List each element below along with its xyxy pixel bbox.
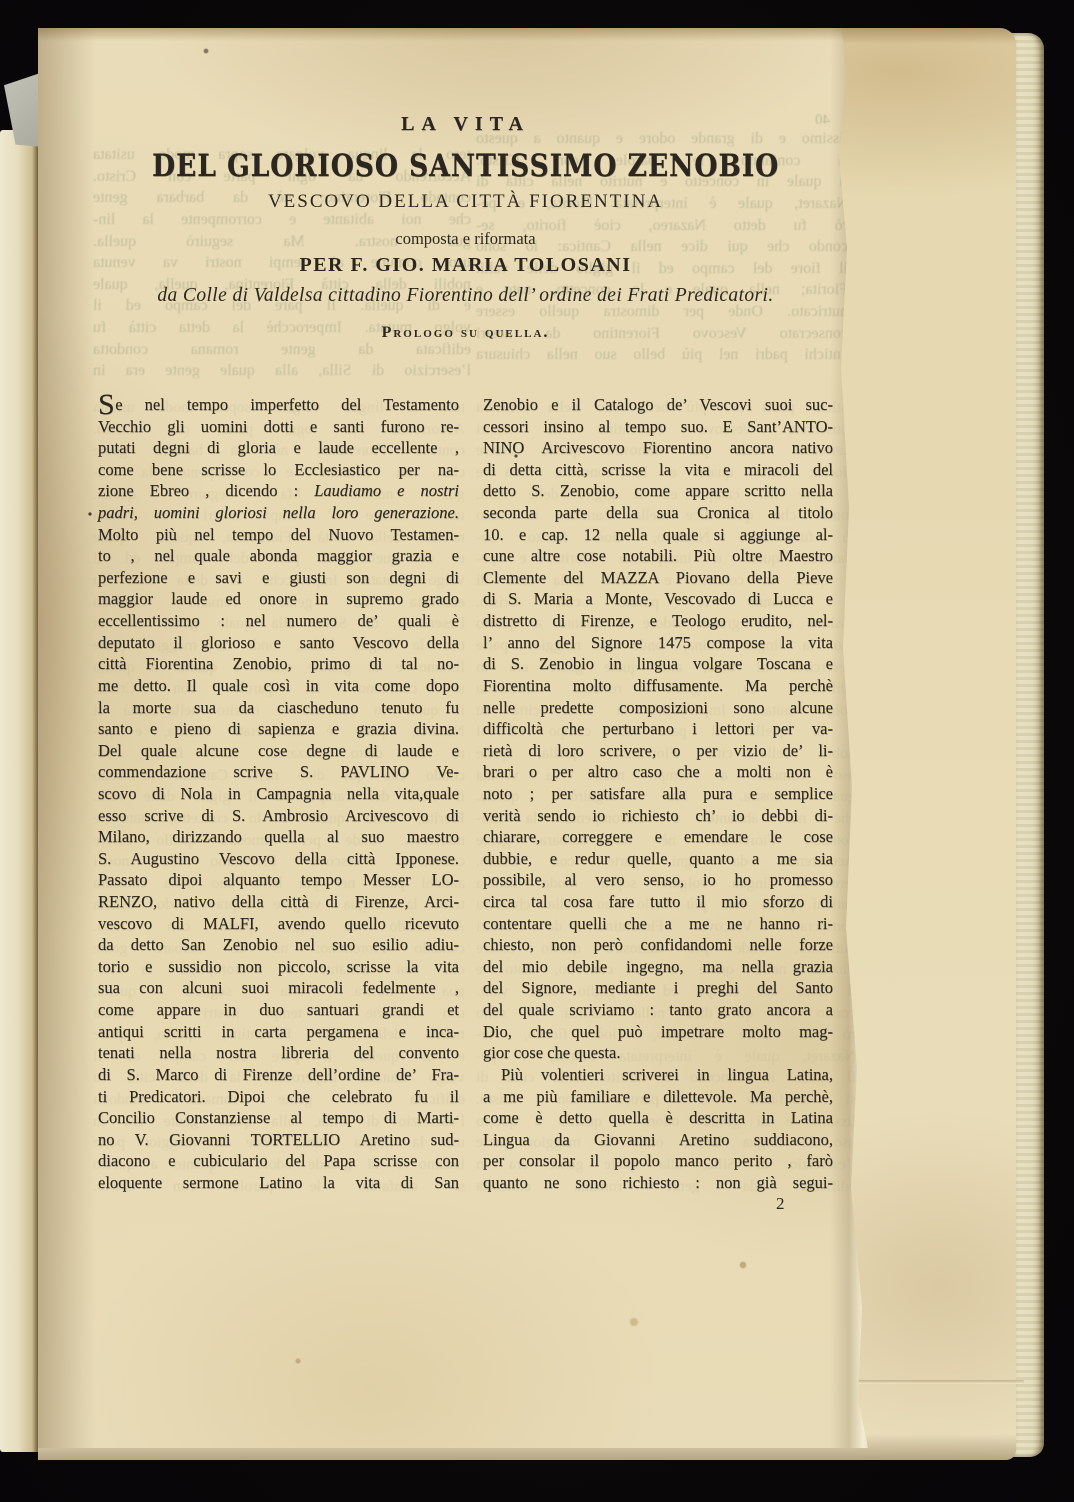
text-line: Fiorentina molto diffusamente. Ma perchè (483, 675, 833, 697)
text-line: rietà di loro scrivere, o per vizio de’ … (483, 740, 833, 762)
text-line: circa tal cosa fare tutto il mio sforzo … (483, 891, 833, 913)
text-line: cessori insino al tempo suo. E Sant’ANTO… (483, 416, 833, 438)
text-line: seconda parte della sua Cronica al titol… (483, 502, 833, 524)
text-line: Passato dipoi alquanto tempo Messer LO- (98, 869, 459, 891)
text-line: gior cose che questa. (483, 1042, 833, 1064)
text-line: vescovo di MALFI, avendo quello ricevuto (98, 913, 459, 935)
text-line: perfezione e savi e giusti son degni di (98, 567, 459, 589)
text-line: putati degni di gloria e laude eccellent… (98, 437, 459, 459)
text-line: difficoltà che perturbano i lettori per … (483, 718, 833, 740)
text-line: tenati nella nostra libreria del convent… (98, 1042, 459, 1064)
text-line: contentare quelli che a me ne hanno ri- (483, 913, 833, 935)
text-line: chiarare, correggere e emendare le cose (483, 826, 833, 848)
text-line: esso scrive di S. Ambrosio Arcivescovo d… (98, 805, 459, 827)
text-line: di S. Maria a Monte, Vescovado di Lucca … (483, 588, 833, 610)
text-line: per consolar il popolo manco perito , fa… (483, 1150, 833, 1172)
text-line: santo e pieno di sapienza e grazia divin… (98, 718, 459, 740)
text-line: del Signore, mediante i preghi del Santo (483, 977, 833, 999)
subtitle: VESCOVO DELLA CITTÀ FIORENTINA (98, 191, 833, 213)
text-line: to , nel quale abonda maggior grazia e (98, 545, 459, 567)
text-line: RENZO, nativo della città di Firenze, Ar… (98, 891, 459, 913)
page-title-text: DEL GLORIOSO SANTISSIMO ZENOBIO (152, 148, 779, 184)
text-line: di S. Marco di Firenze dell’ordine de’ F… (98, 1064, 459, 1086)
text-line: sua con alcuni suoi miracoli fedelmente … (98, 977, 459, 999)
text-line: S. Augustino Vescovo della città Ippones… (98, 848, 459, 870)
text-line: come appare in duo santuari grandi et (98, 999, 459, 1021)
text-line: come è detto quella è descritta in Latin… (483, 1107, 833, 1129)
text-line: deputato il glorioso e santo Vescovo del… (98, 632, 459, 654)
text-line: antiqui scritti in carta pergamena e inc… (98, 1021, 459, 1043)
text-line: di detta città, scrisse la vita e miraco… (483, 459, 833, 481)
text-line: torio e sussidio non piccolo, scrisse la… (98, 956, 459, 978)
text-line: commendazione scrive S. PAVLINO Ve- (98, 761, 459, 783)
text-line: 10. e cap. 12 nella quale si aggiunge al… (483, 524, 833, 546)
text-line: no V. Giovanni TORTELLIO Aretino sud- (98, 1129, 459, 1151)
text-line: zione Ebreo , dicendo : Laudiamo e nostr… (98, 480, 459, 502)
text-line: brari o per altro caso che a molti non è (483, 761, 833, 783)
series-line: LA VITA (98, 113, 833, 136)
text-line: detto S. Zenobio, come appare scritto ne… (483, 480, 833, 502)
text-line: Lingua da Giovanni Aretino suddiacono, (483, 1129, 833, 1151)
book-page: tero la lingua volgare sopra modo usitat… (38, 28, 878, 1448)
text-line: scovo di Nola in Campagnia nella vita,qu… (98, 783, 459, 805)
text-line: Clemente del MAZZA Piovano della Pieve (483, 567, 833, 589)
section-heading: Prologo su quella. (98, 324, 833, 342)
author-detail: da Colle di Valdelsa cittadino Fiorentin… (98, 285, 833, 307)
text-line: Più volentieri scriverei in lingua Latin… (483, 1064, 833, 1086)
text-line: diacono e cubiculario del Papa scrisse c… (98, 1150, 459, 1172)
text-line: Molto più nel tempo del Nuovo Testamen- (98, 524, 459, 546)
text-line: possibile, al vero senso, io ho promesso (483, 869, 833, 891)
text-line: ti Predicatori. Dipoi che celebrato fu i… (98, 1086, 459, 1108)
text-line: maggior laude ed onore in supremo grado (98, 588, 459, 610)
text-line: me detto. Il quale così in vita come dop… (98, 675, 459, 697)
text-line: Concilio Constanziense al tempo di Marti… (98, 1107, 459, 1129)
text-line: quanto ne sono richiesto : non già segui… (483, 1172, 833, 1194)
text-line: di S. Zenobio in lingua volgare Toscana … (483, 653, 833, 675)
text-line: padri, uomini gloriosi nella loro genera… (98, 502, 459, 524)
text-line: a me più familiare e dilettevole. Ma per… (483, 1086, 833, 1108)
text-line: Del quale alcune cose degne di laude e (98, 740, 459, 762)
text-line: come bene scrisse lo Ecclesiastico per n… (98, 459, 459, 481)
text-line: chiesto, non però confidandomi nelle for… (483, 934, 833, 956)
text-line: dubbie, e redur quelle, quanto a me sia (483, 848, 833, 870)
text-line: da detto San Zenobio nel suo esilio adiu… (98, 934, 459, 956)
text-line: noto ; per satisfare alla pura e semplic… (483, 783, 833, 805)
text-line: l’ anno del Signore 1475 compose la vita (483, 632, 833, 654)
text-line: eloquente sermone Latino la vita di San (98, 1172, 459, 1194)
text-line: del mio debile ingegno, ma nella grazia (483, 956, 833, 978)
text-line: Zenobio e il Catalogo de’ Vescovi suoi s… (483, 394, 833, 416)
book-photograph: tero la lingua volgare sopra modo usitat… (0, 0, 1074, 1502)
text-line: Dio, che quel può impetrare molto mag- (483, 1021, 833, 1043)
text-line: distretto di Firenze, e Teologo erudito,… (483, 610, 833, 632)
text-line: Milano, dirizzando quella al suo maestro (98, 826, 459, 848)
text-line: città Fiorentina Zenobio, primo di tal n… (98, 653, 459, 675)
text-line: del quale scriviamo : tanto grato ancora… (483, 999, 833, 1021)
text-line: nelle predette composizioni sono alcune (483, 697, 833, 719)
text-line: verità sendo io richiesto ch’ io debbi d… (483, 805, 833, 827)
text-line: cune altre cose notabili. Più oltre Maes… (483, 545, 833, 567)
facing-page-edge (0, 130, 40, 1452)
signature-number: 2 (776, 1194, 785, 1214)
text-line: la morte sua da ciascheduno tenuto fu (98, 697, 459, 719)
author-line: PER F. GIO. MARIA TOLOSANI (98, 254, 833, 277)
text-line: Vecchio gli uomini dotti e santi furono … (98, 416, 459, 438)
text-line: NINO Arcivescovo Fiorentino ancora nativ… (483, 437, 833, 459)
text-line: Se nel tempo imperfetto del Testamento (98, 394, 459, 416)
text-line: eccellentissimo : nel numero de’ quali è (98, 610, 459, 632)
page-title: DEL GLORIOSO SANTISSIMO ZENOBIO (98, 148, 833, 184)
text-column-left: Se nel tempo imperfetto del TestamentoVe… (98, 394, 459, 1194)
text-column-right: Zenobio e il Catalogo de’ Vescovi suoi s… (483, 394, 833, 1194)
edition-note: composta e riformata (98, 229, 833, 249)
